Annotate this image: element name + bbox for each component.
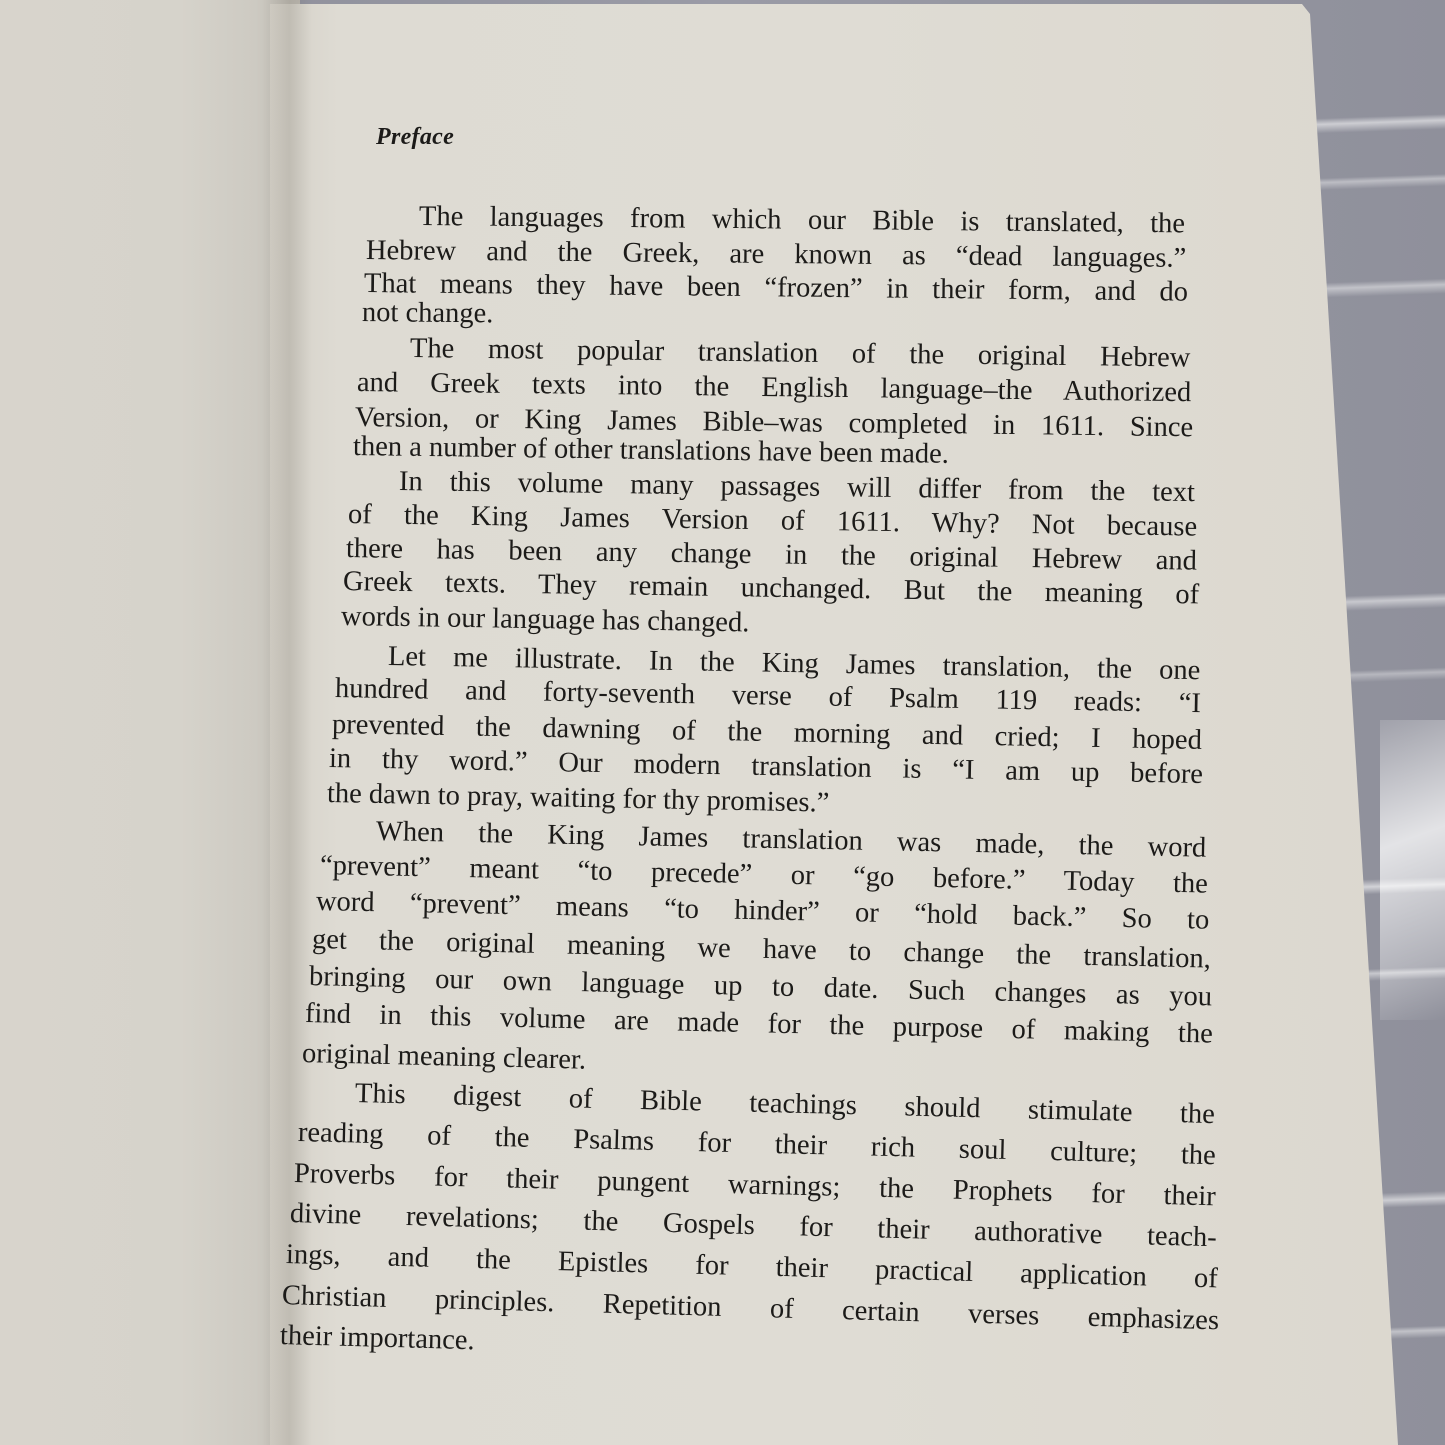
text-line: words in our language has changed. — [341, 603, 750, 638]
text-line: and Greek texts into the English languag… — [357, 369, 1191, 408]
text-line: original meaning clearer. — [302, 1040, 587, 1075]
preface-page: Preface The languages from which our Bib… — [0, 0, 1445, 1445]
text-line: Hebrew and the Greek, are known as “dead… — [366, 237, 1186, 273]
text-line: not change. — [362, 299, 494, 329]
text-line: their importance. — [280, 1322, 475, 1356]
text-line: The most popular translation of the orig… — [410, 335, 1190, 373]
text-line: The languages from which our Bible is tr… — [419, 203, 1185, 239]
text-line: the dawn to pray, waiting for thy promis… — [327, 780, 830, 818]
page-title: Preface — [376, 124, 454, 151]
text-line: then a number of other translations have… — [353, 433, 949, 469]
